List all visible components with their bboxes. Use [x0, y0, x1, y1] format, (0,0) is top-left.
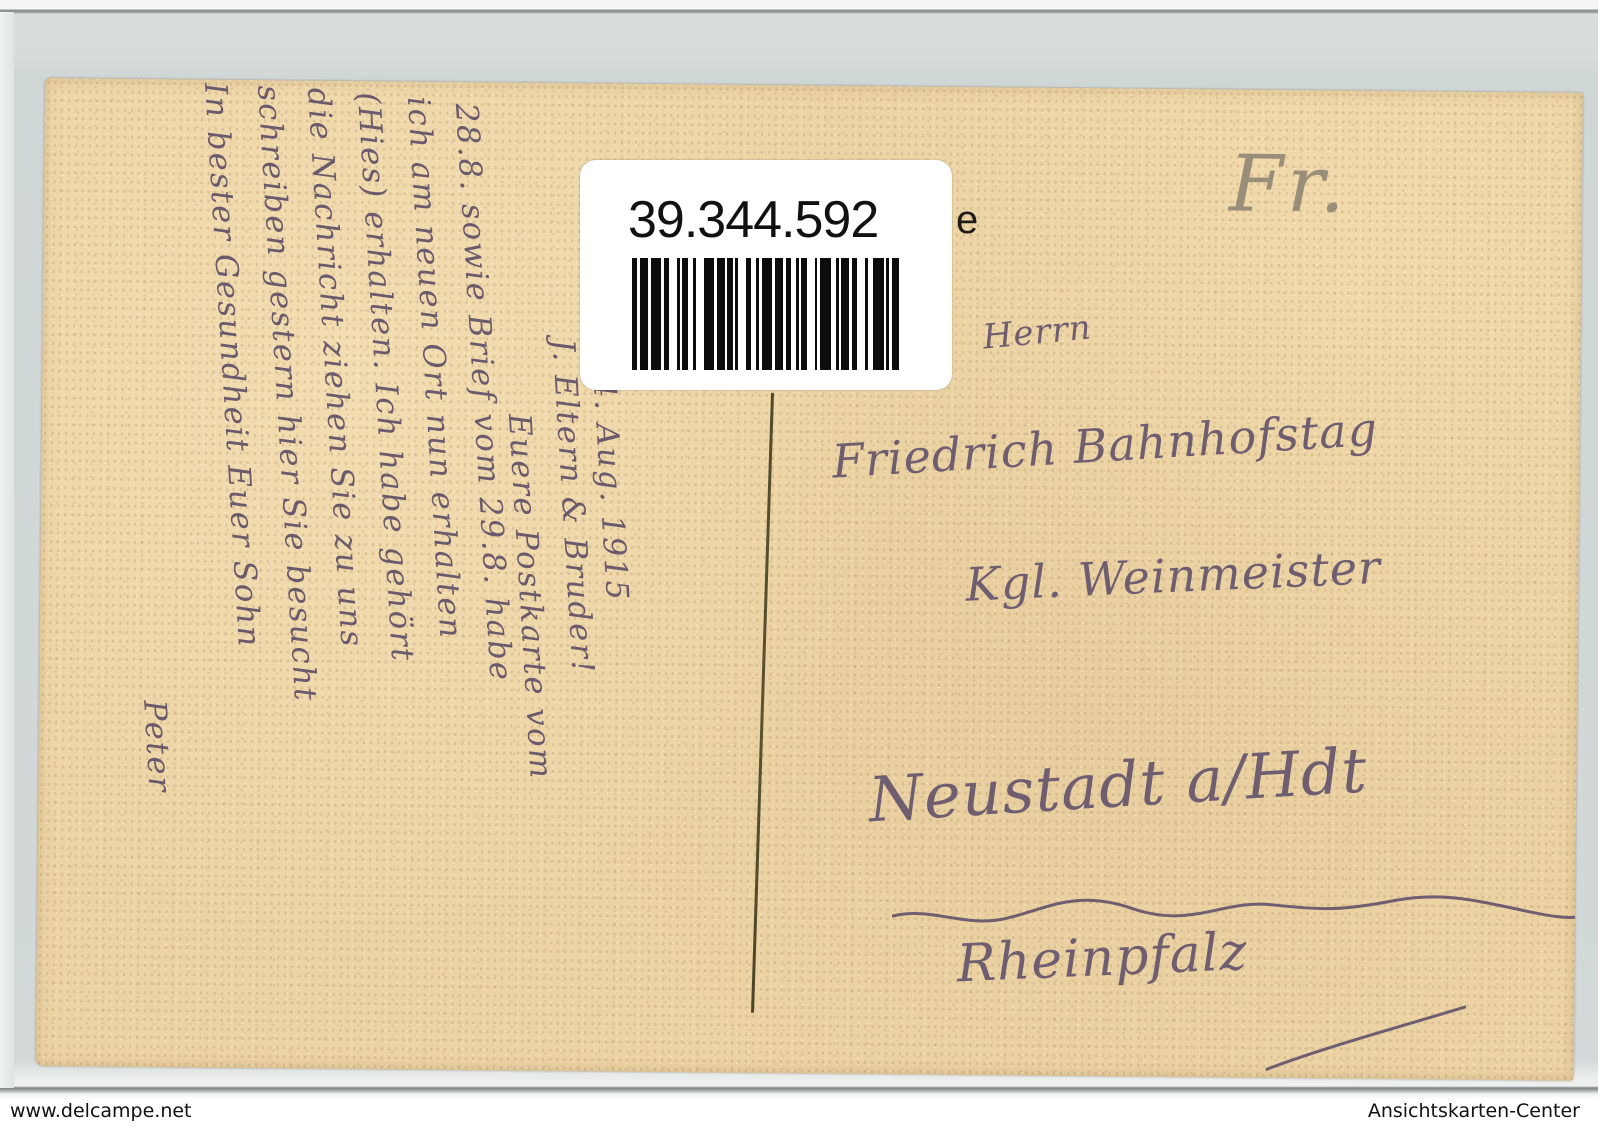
barcode-bar	[892, 258, 900, 370]
inventory-number: 39.344.592	[628, 190, 878, 250]
barcode-bar	[717, 258, 725, 370]
message-signature: Peter	[138, 699, 175, 794]
barcode-bar	[762, 258, 773, 370]
address-salutation: Herrn	[981, 307, 1093, 357]
barcode-space	[696, 258, 704, 370]
address-title: Kgl. Weinmeister	[964, 540, 1382, 612]
barcode-bar	[651, 258, 662, 370]
barcode-bar	[704, 258, 715, 370]
barcode-sticker: 39.344.592	[580, 160, 952, 390]
barcode-bar	[640, 258, 648, 370]
barcode-bar	[873, 258, 884, 370]
address-name: Friedrich Bahnhofstag	[830, 402, 1379, 489]
region-flourish	[1265, 1000, 1466, 1081]
scanner-edge	[0, 12, 14, 1088]
barcode-bar	[841, 258, 849, 370]
barcode-space	[807, 258, 815, 370]
printed-text-fragment: e	[956, 198, 978, 243]
barcode-space	[669, 258, 677, 370]
barcode-space	[738, 258, 746, 370]
divider-line	[751, 393, 774, 1013]
pencil-note: Fr.	[1229, 139, 1349, 230]
barcode-bar	[820, 258, 831, 370]
city-underline	[892, 876, 1583, 943]
barcode-space	[857, 258, 865, 370]
address-city: Neustadt a/Hdt	[867, 733, 1370, 836]
barcode-bar	[775, 258, 783, 370]
watermark-delcampe: www.delcampe.net	[10, 1100, 192, 1122]
watermark-seller: Ansichtskarten-Center	[1368, 1100, 1580, 1122]
barcode	[632, 258, 900, 370]
